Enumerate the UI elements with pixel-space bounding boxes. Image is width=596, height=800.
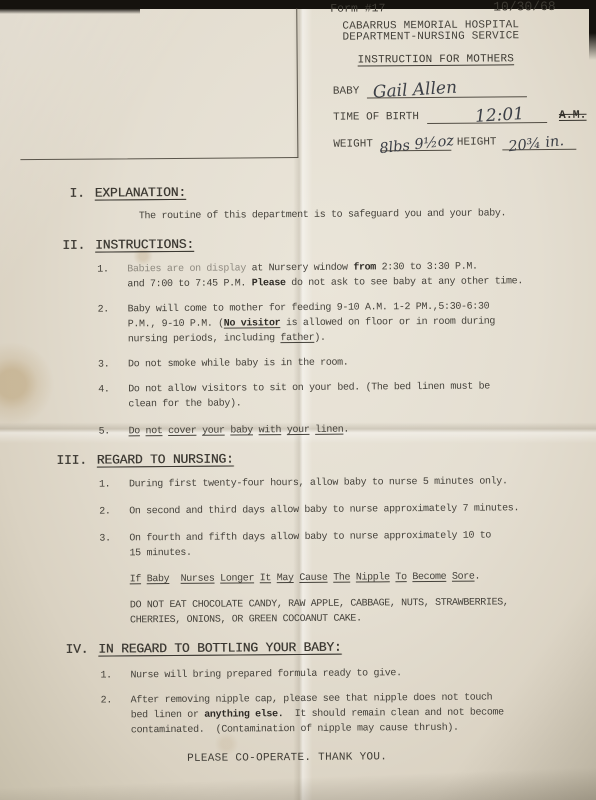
item-number: 3. bbox=[99, 531, 129, 561]
form-number: Form #17 bbox=[330, 2, 385, 15]
baby-label: BABY bbox=[333, 86, 360, 99]
photographed-document: Form #17 10/30/68 CABARRUS MEMORIAL HOSP… bbox=[0, 0, 596, 800]
bottling-item: 1. Nurse will bring prepared formula rea… bbox=[52, 665, 580, 684]
instruction-item: 1. Babies are on display at Nursery wind… bbox=[49, 259, 577, 293]
section-heading: EXPLANATION: bbox=[95, 185, 186, 201]
weight-blank-line: 8lbs 9½oz bbox=[381, 133, 451, 152]
item-text: Babies are on display at Nursery window … bbox=[127, 259, 577, 293]
instruction-item: 3. Do not smoke while baby is in the roo… bbox=[50, 354, 578, 373]
item-number: 2. bbox=[101, 693, 131, 738]
item-text: Do not cover your baby with your linen. bbox=[129, 421, 579, 440]
section-bottling-heading: IV. IN REGARD TO BOTTLING YOUR BABY: bbox=[52, 638, 580, 657]
explanation-paragraph: The routine of this department is to saf… bbox=[49, 206, 577, 225]
item-number: 1. bbox=[99, 477, 129, 492]
item-text: Do not smoke while baby is in the room. bbox=[128, 354, 578, 373]
time-of-birth-label: TIME OF BIRTH bbox=[333, 111, 419, 125]
bottling-item: 2. After removing nipple cap, please see… bbox=[53, 690, 581, 739]
weight-height-field-row: WEIGHT 8lbs 9½oz HEIGHT 20¾ in. bbox=[333, 132, 576, 152]
header-box-outline bbox=[19, 8, 298, 160]
weight-handwritten-value: 8lbs 9½oz bbox=[378, 133, 454, 157]
instruction-item: 4. Do not allow visitors to sit on your … bbox=[50, 379, 578, 413]
section-heading: IN REGARD TO BOTTLING YOUR BABY: bbox=[98, 640, 341, 657]
time-handwritten-value: 12:01 bbox=[474, 104, 524, 127]
nursing-item: 1. During first twenty-four hours, allow… bbox=[51, 474, 579, 493]
document-content: Form #17 10/30/68 CABARRUS MEMORIAL HOSP… bbox=[0, 0, 596, 800]
item-text: On second and third days allow baby to n… bbox=[129, 501, 579, 520]
footer-message: PLEASE CO-OPERATE. THANK YOU. bbox=[3, 750, 571, 766]
height-handwritten-value: 20¾ in. bbox=[508, 133, 565, 155]
item-number: 4. bbox=[98, 382, 128, 412]
department-name: DEPARTMENT-NURSING SERVICE bbox=[342, 30, 519, 43]
item-text: On fourth and fifth days allow baby to n… bbox=[129, 528, 579, 562]
weight-label: WEIGHT bbox=[333, 138, 373, 151]
section-instructions-heading: II. INSTRUCTIONS: bbox=[49, 234, 577, 253]
nursing-item: 2. On second and third days allow baby t… bbox=[51, 501, 579, 520]
section-numeral: II. bbox=[49, 238, 85, 253]
instruction-item: 2. Baby will come to mother for feeding … bbox=[50, 299, 578, 348]
item-text: Do not allow visitors to sit on your bed… bbox=[128, 379, 578, 413]
item-number: 1. bbox=[100, 668, 130, 683]
form-date: 10/30/68 bbox=[493, 0, 556, 14]
section-heading: REGARD TO NURSING: bbox=[97, 452, 234, 468]
baby-field-row: BABY Gail Allen bbox=[333, 79, 528, 99]
food-warning-note: DO NOT EAT CHOCOLATE CANDY, RAW APPLE, C… bbox=[52, 595, 580, 629]
section-numeral: IV. bbox=[52, 642, 88, 657]
item-number: 2. bbox=[99, 504, 129, 519]
item-number: 2. bbox=[98, 302, 128, 347]
item-text: After removing nipple cap, please see th… bbox=[131, 690, 581, 739]
nipple-warning-note: If Baby Nurses Longer It May Cause The N… bbox=[52, 569, 580, 588]
section-nursing-heading: III. REGARD TO NURSING: bbox=[51, 449, 579, 468]
item-number: 1. bbox=[97, 262, 127, 292]
item-number: 5. bbox=[99, 424, 129, 439]
item-text: During first twenty-four hours, allow ba… bbox=[129, 474, 579, 493]
time-of-birth-field-row: TIME OF BIRTH 12:01 A.M. bbox=[333, 105, 587, 125]
item-text: Baby will come to mother for feeding 9-1… bbox=[128, 299, 578, 348]
height-label: HEIGHT bbox=[457, 136, 497, 149]
height-blank-line: 20¾ in. bbox=[502, 132, 576, 151]
baby-blank-line: Gail Allen bbox=[367, 79, 527, 98]
time-blank-line: 12:01 bbox=[427, 105, 547, 124]
section-heading: INSTRUCTIONS: bbox=[95, 237, 194, 253]
item-number: 3. bbox=[98, 357, 128, 372]
item-text: Nurse will bring prepared formula ready … bbox=[130, 665, 580, 684]
page-title: INSTRUCTION FOR MOTHERS bbox=[358, 53, 515, 66]
section-explanation-heading: I. EXPLANATION: bbox=[49, 182, 577, 201]
instruction-item: 5. Do not cover your baby with your line… bbox=[51, 421, 579, 440]
document-body: I. EXPLANATION: The routine of this depa… bbox=[49, 178, 581, 739]
meridiem-struck-text: A.M. bbox=[559, 109, 587, 123]
nursing-item: 3. On fourth and fifth days allow baby t… bbox=[51, 528, 579, 562]
baby-handwritten-value: Gail Allen bbox=[373, 78, 458, 103]
section-numeral: I. bbox=[49, 186, 85, 201]
section-numeral: III. bbox=[51, 453, 87, 468]
